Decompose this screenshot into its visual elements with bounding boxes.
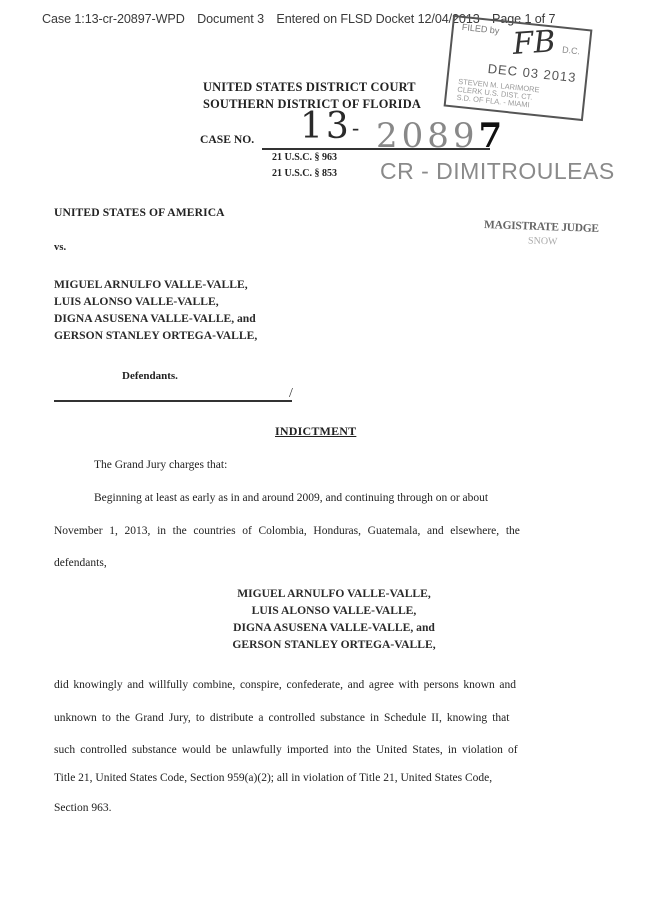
case-number-label: CASE NO.: [200, 133, 254, 146]
filed-clerk: STEVEN M. LARIMORE CLERK U.S. DIST. CT. …: [456, 78, 540, 110]
paragraph-line: such controlled substance would be unlaw…: [54, 744, 518, 756]
judge-stamp: CR - DIMITROULEAS: [380, 158, 615, 185]
case-number-handwritten: 13-: [300, 106, 362, 147]
filed-initials: FB: [512, 24, 557, 62]
court-name: UNITED STATES DISTRICT COURT: [203, 80, 416, 95]
caption-rule: [54, 400, 292, 402]
paragraph-line: Beginning at least as early as in and ar…: [94, 492, 488, 504]
body-defendant: LUIS ALONSO VALLE-VALLE,: [0, 604, 668, 617]
indictment-title: INDICTMENT: [275, 424, 356, 439]
filed-dc-label: D.C.: [562, 45, 581, 57]
caption-defendant: LUIS ALONSO VALLE-VALLE,: [54, 295, 219, 308]
docket-case-number: Case 1:13-cr-20897-WPD: [42, 12, 185, 26]
body-defendant: MIGUEL ARNULFO VALLE-VALLE,: [0, 587, 668, 600]
statute-2: 21 U.S.C. § 853: [272, 168, 337, 179]
body-defendant: DIGNA ASUSENA VALLE-VALLE, and: [0, 621, 668, 634]
caption-rule-end: /: [289, 386, 293, 402]
plaintiff: UNITED STATES OF AMERICA: [54, 206, 225, 219]
magistrate-name: SNOW: [528, 235, 558, 247]
magistrate-stamp: MAGISTRATE JUDGE: [484, 219, 599, 235]
filed-by-label: FILED by: [461, 22, 499, 36]
case-number-stamped: 20897: [376, 116, 506, 156]
caption-defendant: DIGNA ASUSENA VALLE-VALLE, and: [54, 312, 256, 325]
paragraph-line: unknown to the Grand Jury, to distribute…: [54, 712, 509, 724]
paragraph-line: Section 963.: [54, 802, 112, 814]
body-defendant: GERSON STANLEY ORTEGA-VALLE,: [0, 638, 668, 651]
paragraph-line: defendants,: [54, 557, 107, 569]
docket-document: Document 3: [197, 12, 264, 26]
docket-entered: Entered on FLSD Docket 12/04/2013: [276, 12, 479, 26]
indictment-intro: The Grand Jury charges that:: [94, 459, 227, 471]
statute-1: 21 U.S.C. § 963: [272, 152, 337, 163]
paragraph-line: November 1, 2013, in the countries of Co…: [54, 525, 520, 537]
caption-defendant: GERSON STANLEY ORTEGA-VALLE,: [54, 329, 257, 342]
paragraph-line: Title 21, United States Code, Section 95…: [54, 772, 492, 784]
versus: vs.: [54, 242, 66, 253]
paragraph-line: did knowingly and willfully combine, con…: [54, 679, 516, 691]
defendants-label: Defendants.: [122, 370, 178, 382]
filed-stamp: FILED by D.C. FB DEC 03 2013 STEVEN M. L…: [444, 15, 593, 121]
caption-defendant: MIGUEL ARNULFO VALLE-VALLE,: [54, 278, 248, 291]
